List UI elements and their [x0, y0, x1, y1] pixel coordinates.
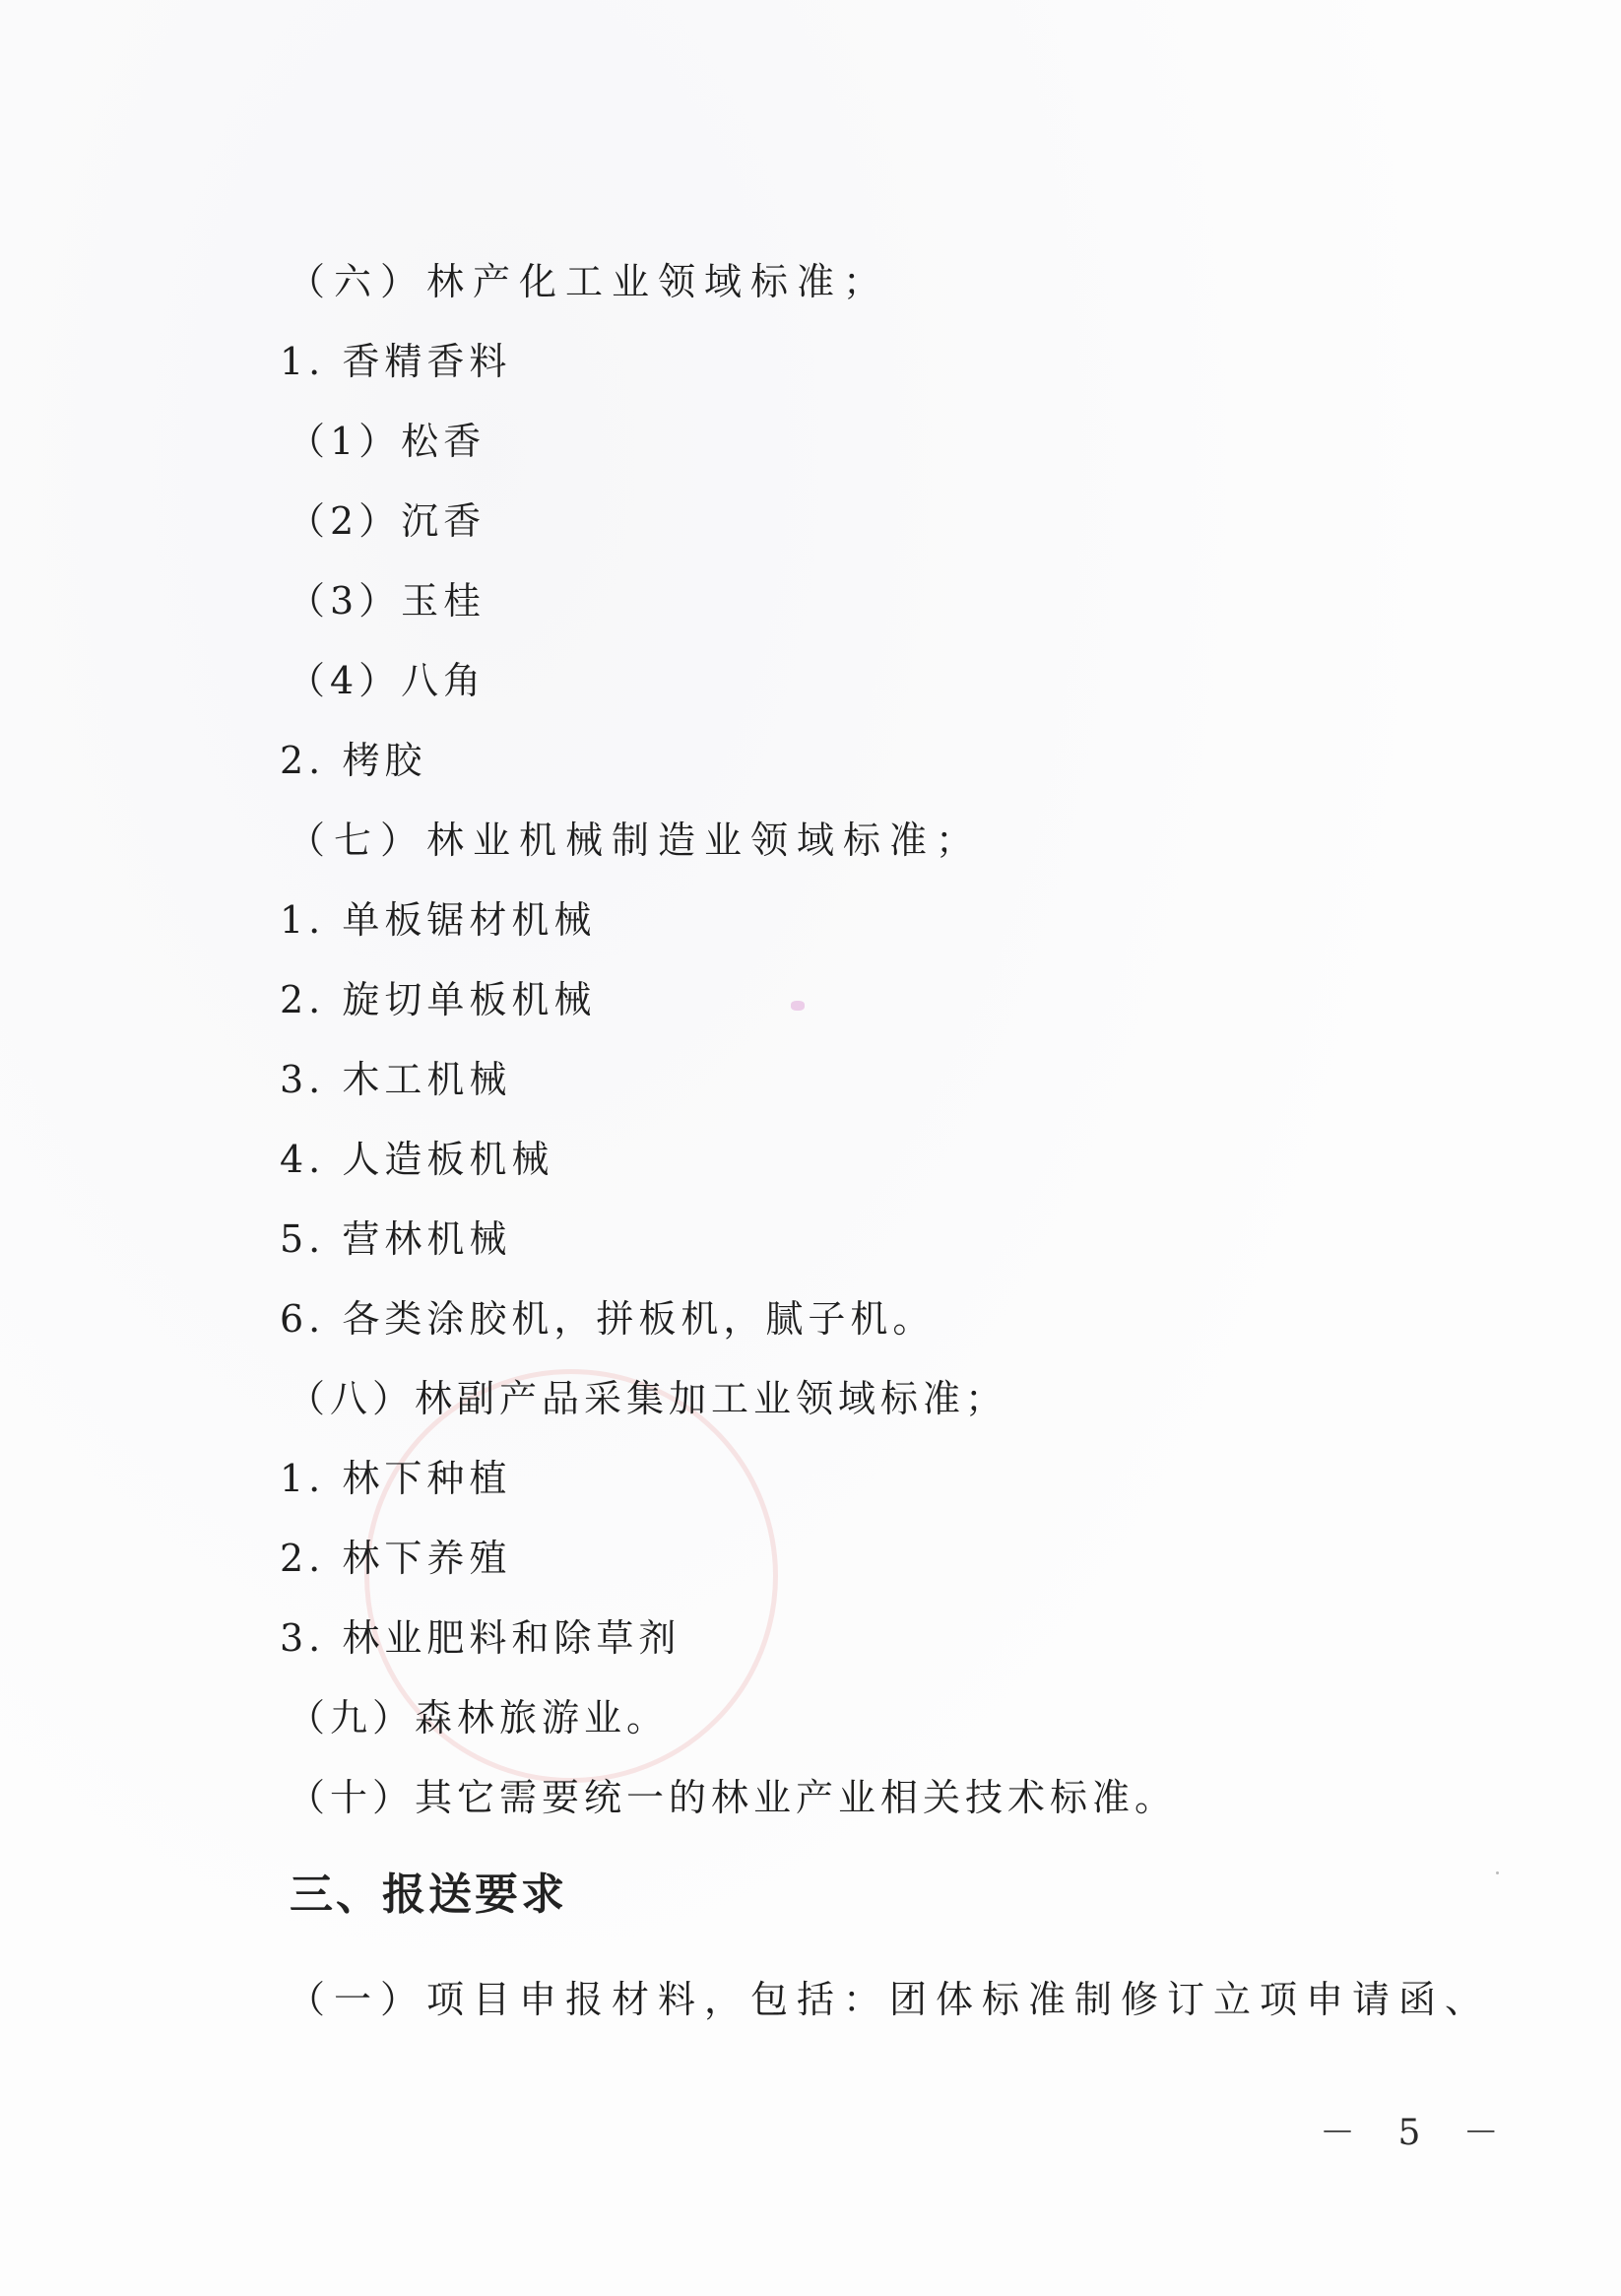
paragraph-text: （一）项目申报材料，包括：团体标准制修订立项申请函、	[288, 1976, 1491, 2023]
list-item: 3. 林业肥料和除草剂	[280, 1614, 681, 1662]
list-item: 1. 单板锯材机械	[280, 896, 596, 944]
section-heading-9: （九）森林旅游业。	[288, 1694, 669, 1741]
sub-list-item: （2）沉香	[288, 497, 486, 545]
list-item: 2. 旋切单板机械	[280, 976, 596, 1023]
list-item: 3. 木工机械	[280, 1056, 511, 1103]
sub-list-item: （1）松香	[288, 418, 486, 465]
list-item: 1. 林下种植	[280, 1455, 511, 1502]
chapter-heading: 三、报送要求	[290, 1868, 567, 1923]
list-item: 1. 香精香料	[280, 338, 511, 385]
list-item: 2. 林下养殖	[280, 1535, 511, 1582]
sub-list-item: （4）八角	[288, 657, 486, 704]
ink-speck	[791, 1001, 805, 1011]
section-heading-6: （六）林产化工业领域标准；	[288, 258, 889, 305]
document-page: （六）林产化工业领域标准； 1. 香精香料 （1）松香 （2）沉香 （3）玉桂 …	[0, 0, 1621, 2296]
section-heading-7: （七）林业机械制造业领域标准；	[288, 817, 982, 864]
list-item: 5. 营林机械	[280, 1215, 511, 1263]
list-item: 4. 人造板机械	[280, 1136, 553, 1183]
list-item: 2. 栲胶	[280, 737, 426, 784]
sub-list-item: （3）玉桂	[288, 577, 486, 624]
list-item: 6. 各类涂胶机，拼板机，腻子机。	[280, 1295, 935, 1343]
scan-dot	[1496, 1871, 1499, 1874]
section-heading-8: （八）林副产品采集加工业领域标准；	[288, 1375, 1007, 1422]
section-heading-10: （十）其它需要统一的林业产业相关技术标准。	[288, 1774, 1177, 1821]
page-number: － 5 －	[1320, 2112, 1515, 2155]
